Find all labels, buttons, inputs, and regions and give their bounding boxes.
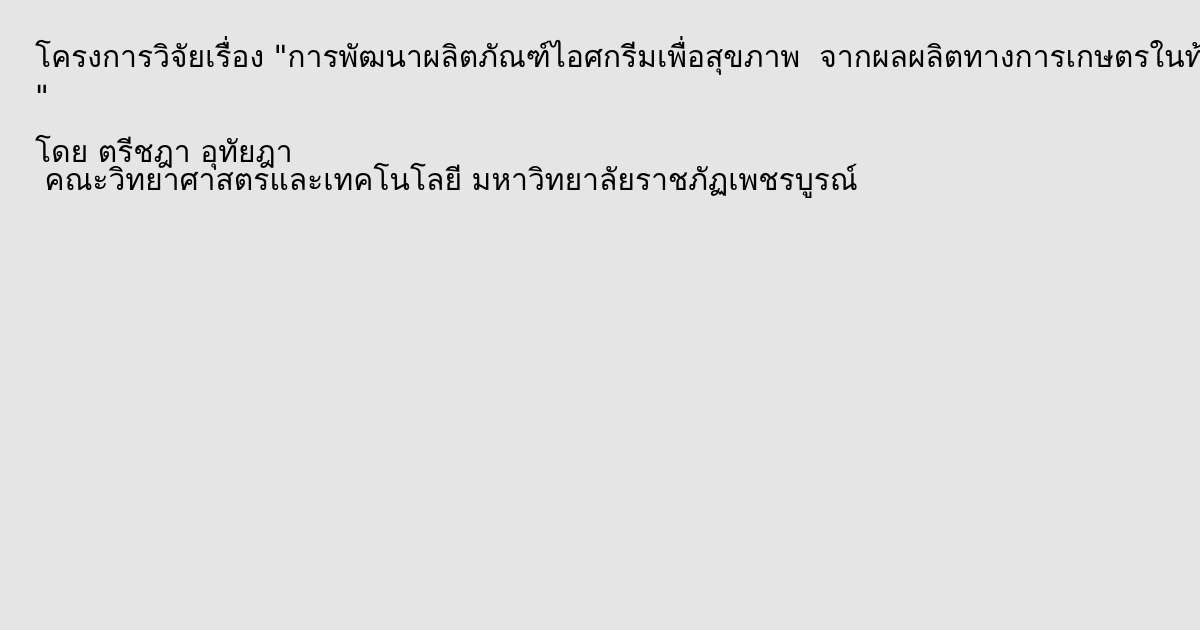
research-project-title-line-1: โครงการวิจัยเรื่อง "การพัฒนาผลิตภัณฑ์ไอศ… <box>35 40 1200 76</box>
page-canvas: โครงการวิจัยเรื่อง "การพัฒนาผลิตภัณฑ์ไอศ… <box>0 0 1200 630</box>
affiliation-line: คณะวิทยาศาสตรและเทคโนโลยี มหาวิทยาลัยราช… <box>35 163 858 199</box>
research-project-title-line-2-closing-quote: " <box>35 80 49 116</box>
